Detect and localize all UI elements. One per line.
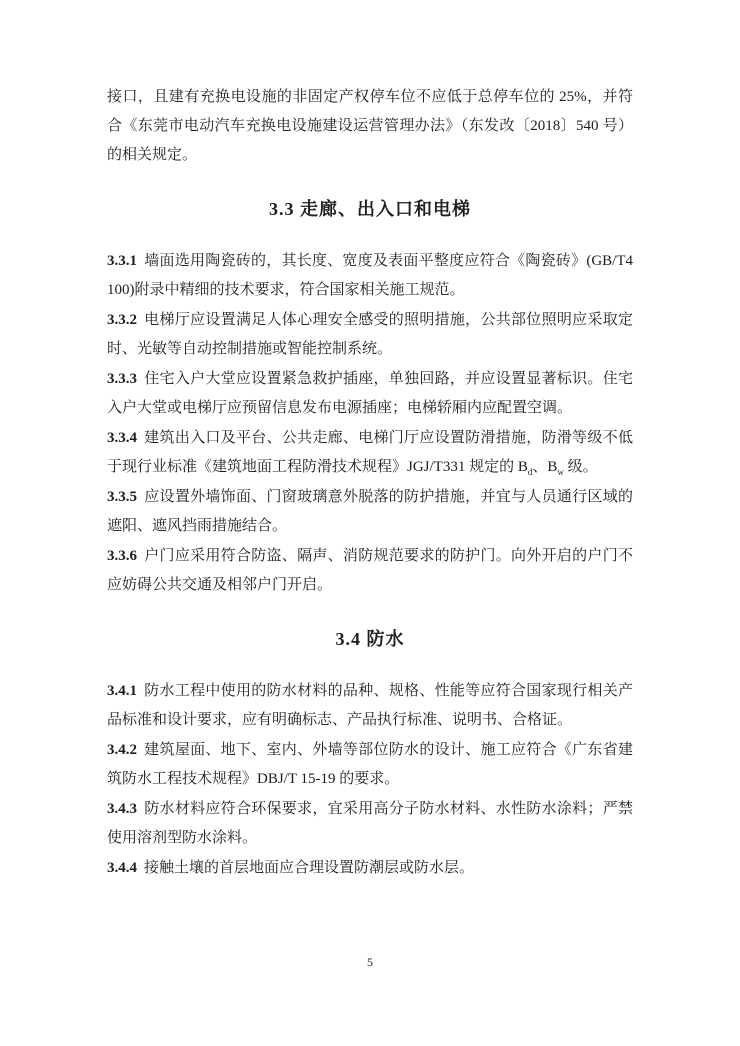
clause-number: 3.3.6 [107, 548, 137, 564]
paragraph-continuation: 接口，且建有充换电设施的非固定产权停车位不应低于总停车位的 25%，并符合《东莞… [107, 83, 633, 170]
page-number: 5 [0, 955, 740, 970]
clause-number: 3.4.1 [107, 683, 137, 699]
document-page: 接口，且建有充换电设施的非固定产权停车位不应低于总停车位的 25%，并符合《东莞… [0, 0, 740, 1046]
clause-number: 3.4.2 [107, 742, 137, 758]
clause-text: 防水材料应符合环保要求，宜采用高分子防水材料、水性防水涂料；严禁使用溶剂型防水涂… [107, 801, 633, 846]
clause-number: 3.4.4 [107, 860, 137, 876]
clause-number: 3.3.4 [107, 430, 137, 446]
clause-3-3-4: 3.3.4建筑出入口及平台、公共走廊、电梯门厅应设置防滑措施，防滑等级不低于现行… [107, 424, 633, 482]
clause-text: 墙面选用陶瓷砖的，其长度、宽度及表面平整度应符合《陶瓷砖》(GB/T4100)附… [107, 253, 633, 298]
clause-3-3-3: 3.3.3住宅入户大堂应设置紧急救护插座，单独回路，并应设置显著标识。住宅入户大… [107, 365, 633, 423]
clause-3-4-4: 3.4.4接触土壤的首层地面应合理设置防潮层或防水层。 [107, 854, 633, 883]
clause-number: 3.3.1 [107, 253, 137, 269]
clause-3-3-6: 3.3.6户门应采用符合防盗、隔声、消防规范要求的防护门。向外开启的户门不应妨碍… [107, 542, 633, 600]
clause-text: 防水工程中使用的防水材料的品种、规格、性能等应符合国家现行相关产品标准和设计要求… [107, 683, 633, 728]
clause-text: 应设置外墙饰面、门窗玻璃意外脱落的防护措施，并宜与人员通行区域的遮阳、遮风挡雨措… [107, 489, 633, 534]
clause-3-4-3: 3.4.3防水材料应符合环保要求，宜采用高分子防水材料、水性防水涂料；严禁使用溶… [107, 795, 633, 853]
section-heading-3-3: 3.3 走廊、出入口和电梯 [107, 194, 633, 224]
clause-3-3-5: 3.3.5应设置外墙饰面、门窗玻璃意外脱落的防护措施，并宜与人员通行区域的遮阳、… [107, 483, 633, 541]
clause-3-4-2: 3.4.2建筑屋面、地下、室内、外墙等部位防水的设计、施工应符合《广东省建筑防水… [107, 736, 633, 794]
document-content: 接口，且建有充换电设施的非固定产权停车位不应低于总停车位的 25%，并符合《东莞… [107, 83, 633, 884]
clause-text: 级。 [564, 459, 598, 475]
clause-text: 户门应采用符合防盗、隔声、消防规范要求的防护门。向外开启的户门不应妨碍公共交通及… [107, 548, 633, 593]
clause-text: 建筑屋面、地下、室内、外墙等部位防水的设计、施工应符合《广东省建筑防水工程技术规… [107, 742, 633, 787]
clause-text: 住宅入户大堂应设置紧急救护插座，单独回路，并应设置显著标识。住宅入户大堂或电梯厅… [107, 371, 633, 416]
clause-3-3-2: 3.3.2电梯厅应设置满足人体心理安全感受的照明措施，公共部位照明应采取定时、光… [107, 306, 633, 364]
clause-3-4-1: 3.4.1防水工程中使用的防水材料的品种、规格、性能等应符合国家现行相关产品标准… [107, 677, 633, 735]
clause-text: 接触土壤的首层地面应合理设置防潮层或防水层。 [144, 860, 474, 876]
clause-number: 3.4.3 [107, 801, 137, 817]
clause-text: 电梯厅应设置满足人体心理安全感受的照明措施，公共部位照明应采取定时、光敏等自动控… [107, 312, 633, 357]
clause-number: 3.3.2 [107, 312, 137, 328]
clause-text: 、B [532, 459, 557, 475]
clause-number: 3.3.3 [107, 371, 137, 387]
clause-3-3-1: 3.3.1墙面选用陶瓷砖的，其长度、宽度及表面平整度应符合《陶瓷砖》(GB/T4… [107, 247, 633, 305]
clause-number: 3.3.5 [107, 489, 137, 505]
section-heading-3-4: 3.4 防水 [107, 624, 633, 654]
